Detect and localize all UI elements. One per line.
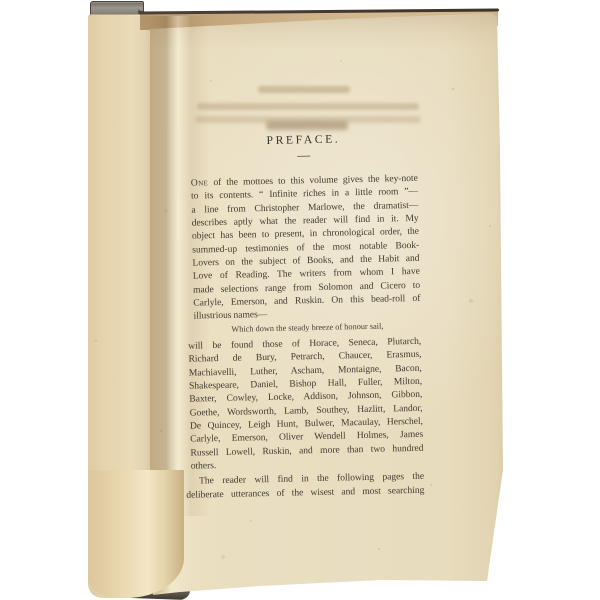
title-divider: — xyxy=(190,147,417,164)
show-through-text xyxy=(197,103,419,110)
show-through-text xyxy=(258,86,350,93)
foxing-specks xyxy=(165,210,167,212)
paragraph-3: The reader will find in the following pa… xyxy=(186,470,425,502)
opening-word: One xyxy=(191,177,209,188)
show-through-text xyxy=(266,121,348,130)
paragraph-2: will be found those of Horace, Seneca, P… xyxy=(188,335,424,473)
page-text: PREFACE. — One of the mottoes to this vo… xyxy=(190,131,425,502)
left-page-curl xyxy=(88,470,184,598)
book-photo: PREFACE. — One of the mottoes to this vo… xyxy=(0,0,600,600)
paragraph-1: One of the mottoes to this volume gives … xyxy=(191,172,421,324)
